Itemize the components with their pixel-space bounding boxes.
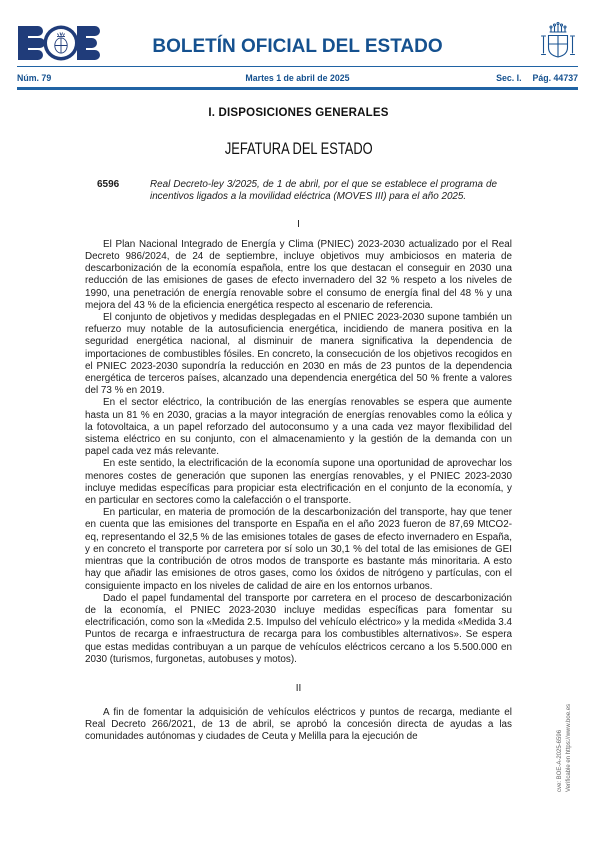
department-heading-text: JEFATURA DEL ESTADO [225,140,373,159]
section-heading: I. DISPOSICIONES GENERALES [85,100,512,119]
disposition-summary: Real Decreto-ley 3/2025, de 1 de abril, … [150,179,497,204]
header-info-row: Núm. 79 Martes 1 de abril de 2025 Sec. I… [17,73,578,85]
disposition-number: 6596 [85,179,150,204]
paragraph: A fin de fomentar la adquisición de vehí… [85,707,512,744]
boe-gazette-page: BOLETÍN OFICIAL DEL ESTADO [0,0,595,841]
paragraph: En este sentido, la electrificación de l… [85,458,512,507]
paragraph: Dado el papel fundamental del transporte… [85,593,512,666]
paragraph: El Plan Nacional Integrado de Energía y … [85,239,512,312]
section-label: Sec. I. [496,73,521,83]
section-page: Sec. I.Pág. 44737 [485,73,578,83]
masthead-title: BOLETÍN OFICIAL DEL ESTADO [0,36,595,58]
section-numeral-2: II [85,683,512,694]
department-heading: JEFATURA DEL ESTADO [85,119,512,159]
header-rule-thin [17,66,578,67]
paragraph: En el sector eléctrico, la contribución … [85,397,512,458]
paragraph: En particular, en materia de promoción d… [85,507,512,592]
page-label: Pág. 44737 [533,73,578,83]
header-rule-thick [17,87,578,90]
disposition-item: 6596 Real Decreto-ley 3/2025, de 1 de ab… [85,179,512,204]
cve-code: cve: BOE-A-2025-6596 [556,607,565,792]
verification-margin: cve: BOE-A-2025-6596 Verificable en http… [556,607,576,792]
section-numeral-1: I [85,219,512,230]
paragraph: El conjunto de objetivos y medidas despl… [85,312,512,397]
verification-url: Verificable en https://www.boe.es [565,607,574,792]
document-body: I. DISPOSICIONES GENERALES JEFATURA DEL … [85,100,512,744]
